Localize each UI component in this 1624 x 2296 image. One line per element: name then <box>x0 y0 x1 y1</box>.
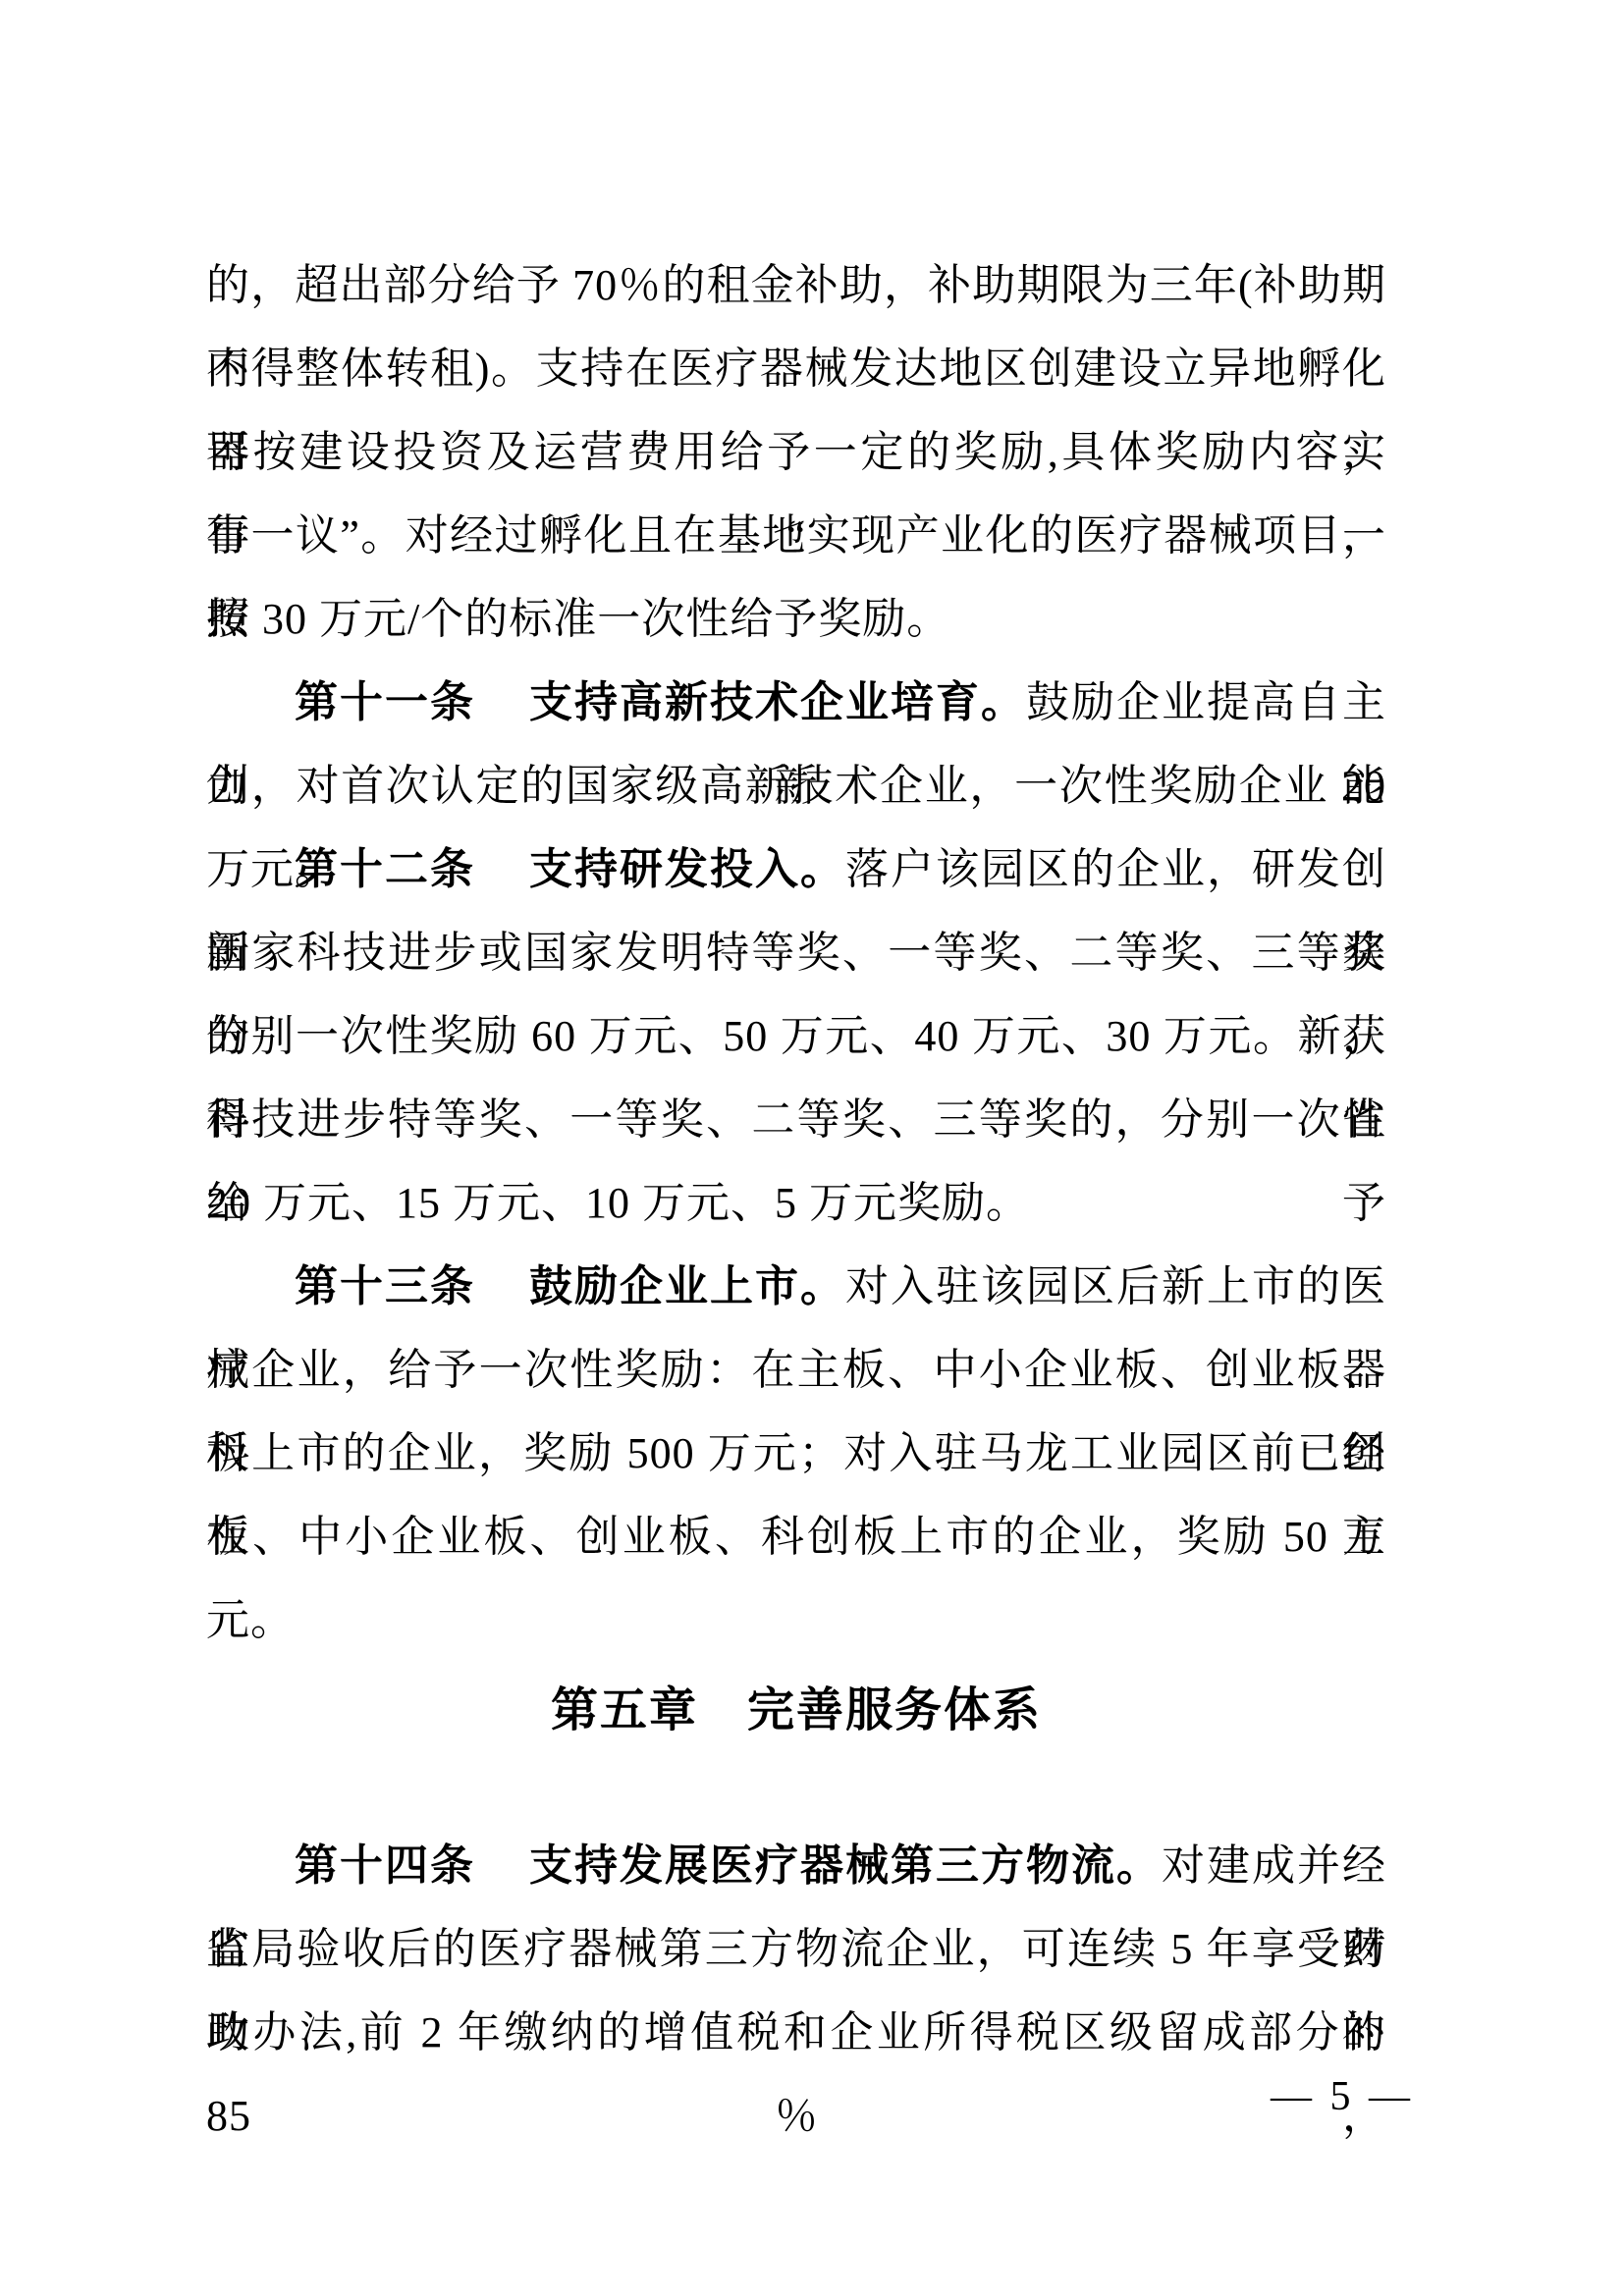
article-12-first-line: 第十二条支持研发投入。落户该园区的企业，研发创新获 <box>206 828 1386 911</box>
article-11-number: 第十一条 <box>295 678 475 726</box>
document-page: 的，超出部分给予 70％的租金补助，补助期限为三年(补助期内 不得整体转租)。支… <box>0 0 1624 2296</box>
article-14-title: 支持发展医疗器械第三方物流。 <box>529 1842 1162 1890</box>
chapter-heading: 第五章 完善服务体系 <box>206 1669 1386 1752</box>
body-line: 可按建设投资及运营费用给予一定的奖励,具体奖励内容实行“一 <box>206 410 1386 494</box>
body-line: 监局验收后的医疗器械第三方物流企业，可连续 5 年享受财政补 <box>206 1907 1386 1991</box>
document-body: 的，超出部分给予 70％的租金补助，补助期限为三年(补助期内 不得整体转租)。支… <box>206 243 1386 2074</box>
article-11-first-line: 第十一条支持高新技术企业培育。鼓励企业提高自主创新能 <box>206 661 1386 744</box>
body-line: 国家科技进步或国家发明特等奖、一等奖、二等奖、三等奖的， <box>206 911 1386 994</box>
body-line: 不得整体转租)。支持在医疗器械发达地区创建设立异地孵化器， <box>206 327 1386 410</box>
body-line: 板、中小企业板、创业板、科创板上市的企业，奖励 50 万元。 <box>206 1495 1386 1578</box>
body-line: 照 30 万元/个的标准一次性给予奖励。 <box>206 577 1386 661</box>
body-line: 助办法,前 2 年缴纳的增值税和企业所得税区级留成部分的 85％， <box>206 1991 1386 2074</box>
article-12-number: 第十二条 <box>295 845 475 893</box>
article-11-title: 支持高新技术企业培育。 <box>529 678 1026 726</box>
article-14-first-line: 第十四条支持发展医疗器械第三方物流。对建成并经省药 <box>206 1824 1386 1907</box>
article-13-first-line: 第十三条鼓励企业上市。对入驻该园区后新上市的医疗器 <box>206 1245 1386 1328</box>
article-14-number: 第十四条 <box>295 1842 475 1890</box>
page-number: — 5 — <box>1271 2073 1414 2120</box>
article-13-number: 第十三条 <box>295 1262 475 1310</box>
body-line: 板上市的企业，奖励 500 万元；对入驻马龙工业园区前已经在主 <box>206 1412 1386 1495</box>
body-line: 械企业，给予一次性奖励：在主板、中小企业板、创业板、科创 <box>206 1328 1386 1412</box>
body-line: 分别一次性奖励 60 万元、50 万元、40 万元、30 万元。新获得省 <box>206 994 1386 1078</box>
article-12-title: 支持研发投入。 <box>529 845 845 893</box>
article-13-title: 鼓励企业上市。 <box>529 1262 845 1310</box>
body-line: 事一议”。对经过孵化且在基地实现产业化的医疗器械项目，按 <box>206 494 1386 577</box>
body-line: 的，超出部分给予 70％的租金补助，补助期限为三年(补助期内 <box>206 243 1386 327</box>
body-line: 力，对首次认定的国家级高新技术企业，一次性奖励企业 20 万元。 <box>206 744 1386 828</box>
body-line: 科技进步特等奖、一等奖、二等奖、三等奖的，分别一次性给予 <box>206 1078 1386 1161</box>
